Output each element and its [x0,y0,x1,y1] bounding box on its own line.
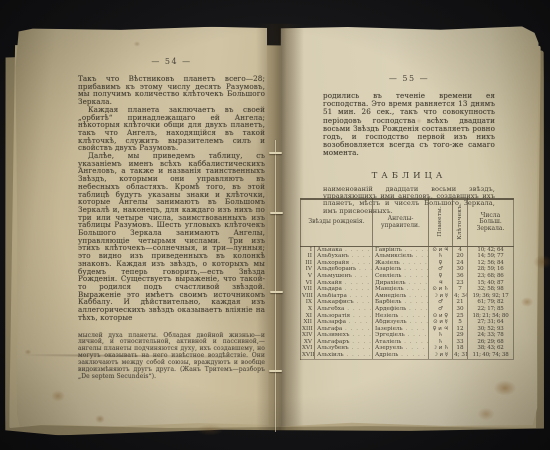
planet-symbols: ⊙ и ☿ [429,319,453,326]
planet-symbols: ♃ [429,280,453,287]
angel-name: Севліель [373,273,429,280]
row-numeral: I [301,246,315,253]
table-row: X Альгебха Ардефіель ♂ 30 22; 17; 85 [301,306,514,313]
body-paragraph: родились въ теченіе времени ея господств… [323,92,495,158]
angel-name: Азаріель [373,266,429,273]
planet-symbols: ♀ и ♃ [429,326,453,333]
table-row: XVI Альзубенъ Азеруель ☽ и ♄ 18 38; 43; … [301,345,514,352]
star-name: Альхіиль [315,352,373,359]
row-numeral: VIII [301,293,315,300]
stitch-mark [270,212,283,214]
table-title: ТАБЛИЦА [323,171,495,181]
table-row: XVII Альхіиль Адріель ☽ и ☿ 4; 31 11; 40… [301,352,514,359]
mirror-numbers: 30; 52; 93 [468,326,514,333]
column-header-cells: Клѣточекъ. [453,199,468,246]
cell-number: 25 [453,313,468,320]
cell-number: 24 [453,260,468,267]
cell-number: 4; 34 [453,293,468,300]
mirror-numbers: 12; 56; 84 [468,260,514,267]
table-row: V Альмушенъ Севліель ♀ 36 23; 68; 86 [301,273,514,280]
mirror-numbers: 27; 31; 64 [468,319,514,326]
star-name: Альзарфа [315,319,373,326]
body-paragraph: Такъ что Вѣстниковъ планетъ всего—28; пр… [78,75,265,106]
star-name: Альгафаръ [315,339,373,346]
cell-number: 36 [453,273,468,280]
row-numeral: X [301,306,315,313]
cell-number: 21 [453,299,468,306]
column-header-numbers: Числа Больш. Зеркала. [468,199,514,246]
cell-number: 29 [453,332,468,339]
table-row: III Альхорайя Жазіель ♀ 24 12; 56; 84 [301,260,514,267]
row-numeral: XVII [301,352,315,359]
row-numeral: IV [301,266,315,273]
mirror-numbers: 61; 79; 82 [468,299,514,306]
mirror-numbers: 19; 36; 92; 17 [468,293,514,300]
table-row: IX Алькарфисъ Барбіель ♂ 21 61; 79; 82 [301,299,514,306]
planet-symbols: ⊙ и ♀ [429,313,453,320]
table-row: XIII Альгафа Іазеріель ♀ и ♃ 12 30; 52; … [301,326,514,333]
table-row: XII Альзарфа Абдизуель ⊙ и ☿ 5 27; 31; 6… [301,319,514,326]
table-row: II Альбуханъ Альмиксіель ♄ 20 14; 59; 77 [301,253,514,260]
stars-table: Звѣзды рожденія. Ангелы-управители. План… [300,198,513,360]
planet-symbols: ♀ [429,273,453,280]
planet-symbols: ♄ [429,332,453,339]
star-name: Альбуханъ [315,253,373,260]
table-row: XV Альгафаръ Аталіель ♄ 33 26; 29; 68 [301,339,514,346]
column-header-angels: Ангелы-управители. [373,199,429,246]
cell-number: 4; 31 [453,352,468,359]
mirror-numbers: 15; 40; 87 [468,280,514,287]
star-name: Алькарфисъ [315,299,373,306]
star-name: Альбіатра [315,293,373,300]
planet-symbols: ☽ и ☿ [429,293,453,300]
stitch-mark [269,152,282,154]
cell-number: 30 [453,266,468,273]
table-header-row: Звѣзды рожденія. Ангелы-управители. План… [301,199,514,246]
row-numeral: IX [301,299,315,306]
row-numeral: XV [301,339,315,346]
angel-name: Дирахіель [373,280,429,287]
planet-symbols: ⊙ и ♃ [429,246,453,253]
binding-thread [275,140,276,432]
star-name: Альзоратія [315,313,373,320]
planet-symbols: ♂ [429,299,453,306]
planet-symbols: ♂ [429,306,453,313]
angel-name: Аталіель [373,339,429,346]
stitch-mark [270,291,283,293]
star-name: Альхорайя [315,260,373,267]
star-name: Альзимехъ [315,332,373,339]
right-page-text-block: — 55 — родились въ теченіе времени ея го… [323,74,495,215]
footnote-text: мыслей духа планеты. Обладая двойной жиз… [78,333,265,381]
cell-number: 30 [453,306,468,313]
angel-name: Адріель [373,352,429,359]
row-numeral: VII [301,286,315,293]
mirror-numbers: 26; 29; 68 [468,339,514,346]
left-page-text-block: — 54 — Такъ что Вѣстниковъ планетъ всего… [78,57,265,381]
mirror-numbers: 23; 68; 86 [468,273,514,280]
cell-number: 7 [453,286,468,293]
body-paragraph: Далѣе, мы приведемъ таблицу, съ указаніе… [78,152,265,321]
column-header-stars: Звѣзды рожденія. [301,199,373,246]
angel-name: Жазіель [373,260,429,267]
planet-symbols: ♂ [429,266,453,273]
mirror-numbers: 24; 33; 78 [468,332,514,339]
star-name: Альгебха [315,306,373,313]
star-name: Альзубенъ [315,345,373,352]
table-row: I Альнака Гавріилъ ⊙ и ♃ 4 10; 42; 64 [301,246,514,253]
planet-symbols: ☽ и ☿ [429,352,453,359]
angel-name: Азеруель [373,345,429,352]
row-numeral: III [301,260,315,267]
body-paragraph: Каждая планета заключаетъ въ своей „орби… [78,106,265,152]
star-name: Альнака [315,246,373,253]
column-header-planets: Планеты. [429,199,453,246]
angel-name: Эргедіель [373,332,429,339]
angel-name: Ардефіель [373,306,429,313]
planet-symbols: ⊙ и ♄ [429,286,453,293]
cell-number: 33 [453,339,468,346]
row-numeral: XII [301,319,315,326]
table-row: VIII Альбіатра Амнедіель ☽ и ☿ 4; 34 19;… [301,293,514,300]
angel-name: Барбіель [373,299,429,306]
mirror-numbers: 14; 59; 77 [468,253,514,260]
table-row: XI Альзоратія Незіель ⊙ и ♀ 25 18; 21; 5… [301,313,514,320]
table-row: XIV Альзимехъ Эргедіель ♄ 29 24; 33; 78 [301,332,514,339]
planet-symbols: ♄ [429,253,453,260]
table-row: VII Альдара Манціель ⊙ и ♄ 7 32; 58; 98 [301,286,514,293]
mirror-numbers: 18; 21; 54; 80 [468,313,514,320]
star-name: Альхайя [315,280,373,287]
table-body: I Альнака Гавріилъ ⊙ и ♃ 4 10; 42; 64 II… [301,246,514,359]
cell-number: 4 [453,246,468,253]
row-numeral: V [301,273,315,280]
angel-name: Абдизуель [373,319,429,326]
cell-number: 5 [453,319,468,326]
angel-name: Гавріилъ [373,246,429,253]
mirror-numbers: 11; 40; 74; 38 [468,352,514,359]
planet-symbols: ☽ и ♄ [429,345,453,352]
row-numeral: VI [301,280,315,287]
stitch-mark [269,370,282,372]
cell-number: 18 [453,345,468,352]
cell-number: 20 [453,253,468,260]
page-number: — 54 — [78,57,265,66]
star-name: Альдара [315,286,373,293]
row-numeral: II [301,253,315,260]
mirror-numbers: 10; 42; 64 [468,246,514,253]
planet-symbols: ♄ [429,339,453,346]
star-name: Альмушенъ [315,273,373,280]
angel-name: Незіель [373,313,429,320]
row-numeral: XIII [301,326,315,333]
angel-name: Манціель [373,286,429,293]
mirror-numbers: 32; 58; 98 [468,286,514,293]
angel-name: Амнедіель [373,293,429,300]
book-photo: — 54 — Такъ что Вѣстниковъ планетъ всего… [0,0,550,450]
angel-name: Іазеріель [373,326,429,333]
table-row: IV Альдеборанъ Азаріель ♂ 30 28; 59; 16 [301,266,514,273]
cell-number: 12 [453,326,468,333]
page-number: — 55 — [323,74,495,83]
angel-name: Альмиксіель [373,253,429,260]
table-row: VI Альхайя Дирахіель ♃ 23 15; 40; 87 [301,280,514,287]
mirror-numbers: 38; 43; 62 [468,345,514,352]
row-numeral: XI [301,313,315,320]
star-name: Альдеборанъ [315,266,373,273]
star-name: Альгафа [315,326,373,333]
mirror-numbers: 22; 17; 85 [468,306,514,313]
row-numeral: XVI [301,345,315,352]
row-numeral: XIV [301,332,315,339]
planet-symbols: ♀ [429,260,453,267]
cell-number: 23 [453,280,468,287]
mirror-numbers: 28; 59; 16 [468,266,514,273]
